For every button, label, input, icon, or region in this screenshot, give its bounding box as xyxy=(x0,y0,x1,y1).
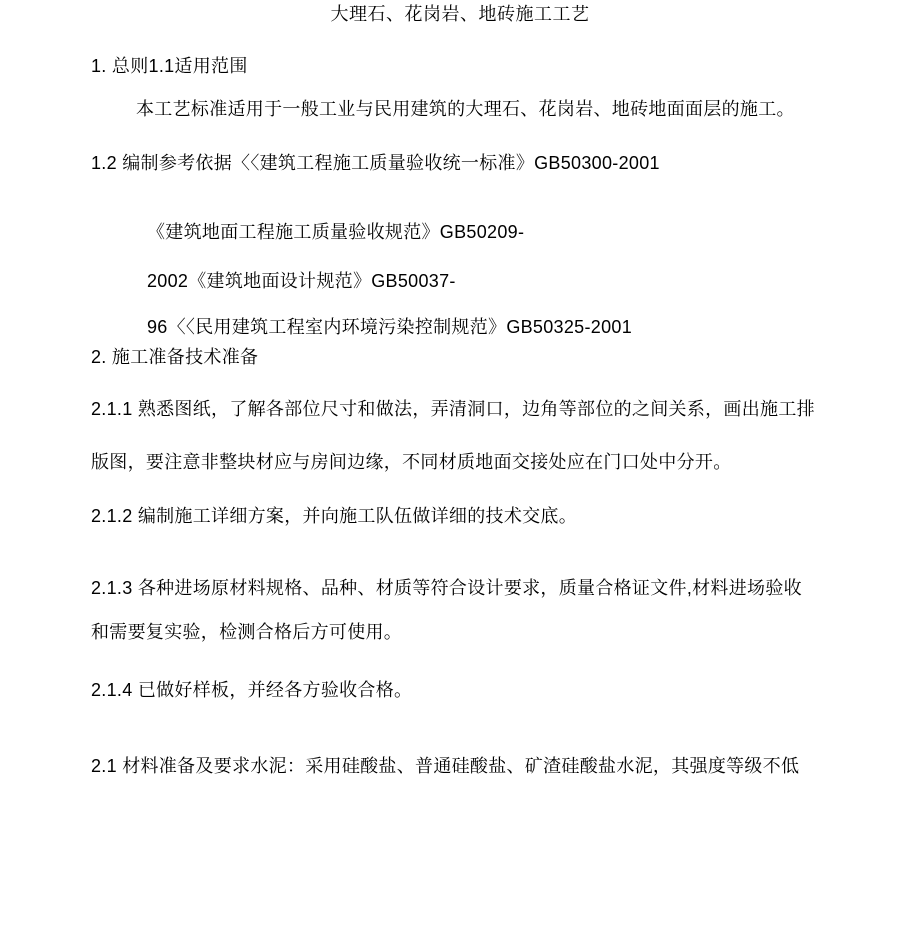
paragraph-2-1-1-line1: 2.1.1 熟悉图纸，了解各部位尺寸和做法，弄清洞口，边角等部位的之间关系，画出… xyxy=(91,398,815,421)
paragraph-2-1-2: 2.1.2 编制施工详细方案，并向施工队伍做详细的技术交底。 xyxy=(91,505,577,528)
document-title: 大理石、花岗岩、地砖施工工艺 xyxy=(0,2,920,26)
heading-construction-preparation: 2. 施工准备技术准备 xyxy=(91,346,258,369)
paragraph-2-1-materials: 2.1 材料准备及要求水泥：采用硅酸盐、普通硅酸盐、矿渣硅酸盐水泥，其强度等级不… xyxy=(91,755,799,778)
paragraph-2-1-3-line1: 2.1.3 各种进场原材料规格、品种、材质等符合设计要求，质量合格证文件,材料进… xyxy=(91,577,802,600)
paragraph-scope: 本工艺标准适用于一般工业与民用建筑的大理石、花岗岩、地砖地面面层的施工。 xyxy=(136,98,795,121)
heading-reference-basis: 1.2 编制参考依据〈〈建筑工程施工质量验收统一标准》GB50300-2001 xyxy=(91,152,660,175)
paragraph-reference-gb50209: 《建筑地面工程施工质量验收规范》GB50209- xyxy=(147,221,524,244)
paragraph-2-1-3-line2: 和需要复实验，检测合格后方可使用。 xyxy=(91,621,402,644)
paragraph-reference-gb50325: 96〈〈民用建筑工程室内环境污染控制规范》GB50325-2001 xyxy=(147,316,632,339)
paragraph-2-1-4: 2.1.4 已做好样板，并经各方验收合格。 xyxy=(91,679,412,702)
document-page: 大理石、花岗岩、地砖施工工艺 1. 总则1.1适用范围 本工艺标准适用于一般工业… xyxy=(0,0,920,949)
paragraph-2-1-1-line2: 版图，要注意非整块材应与房间边缘，不同材质地面交接处应在门口处中分开。 xyxy=(91,451,732,474)
heading-general-rules: 1. 总则1.1适用范围 xyxy=(91,55,248,78)
paragraph-reference-gb50037: 2002《建筑地面设计规范》GB50037- xyxy=(147,270,456,293)
